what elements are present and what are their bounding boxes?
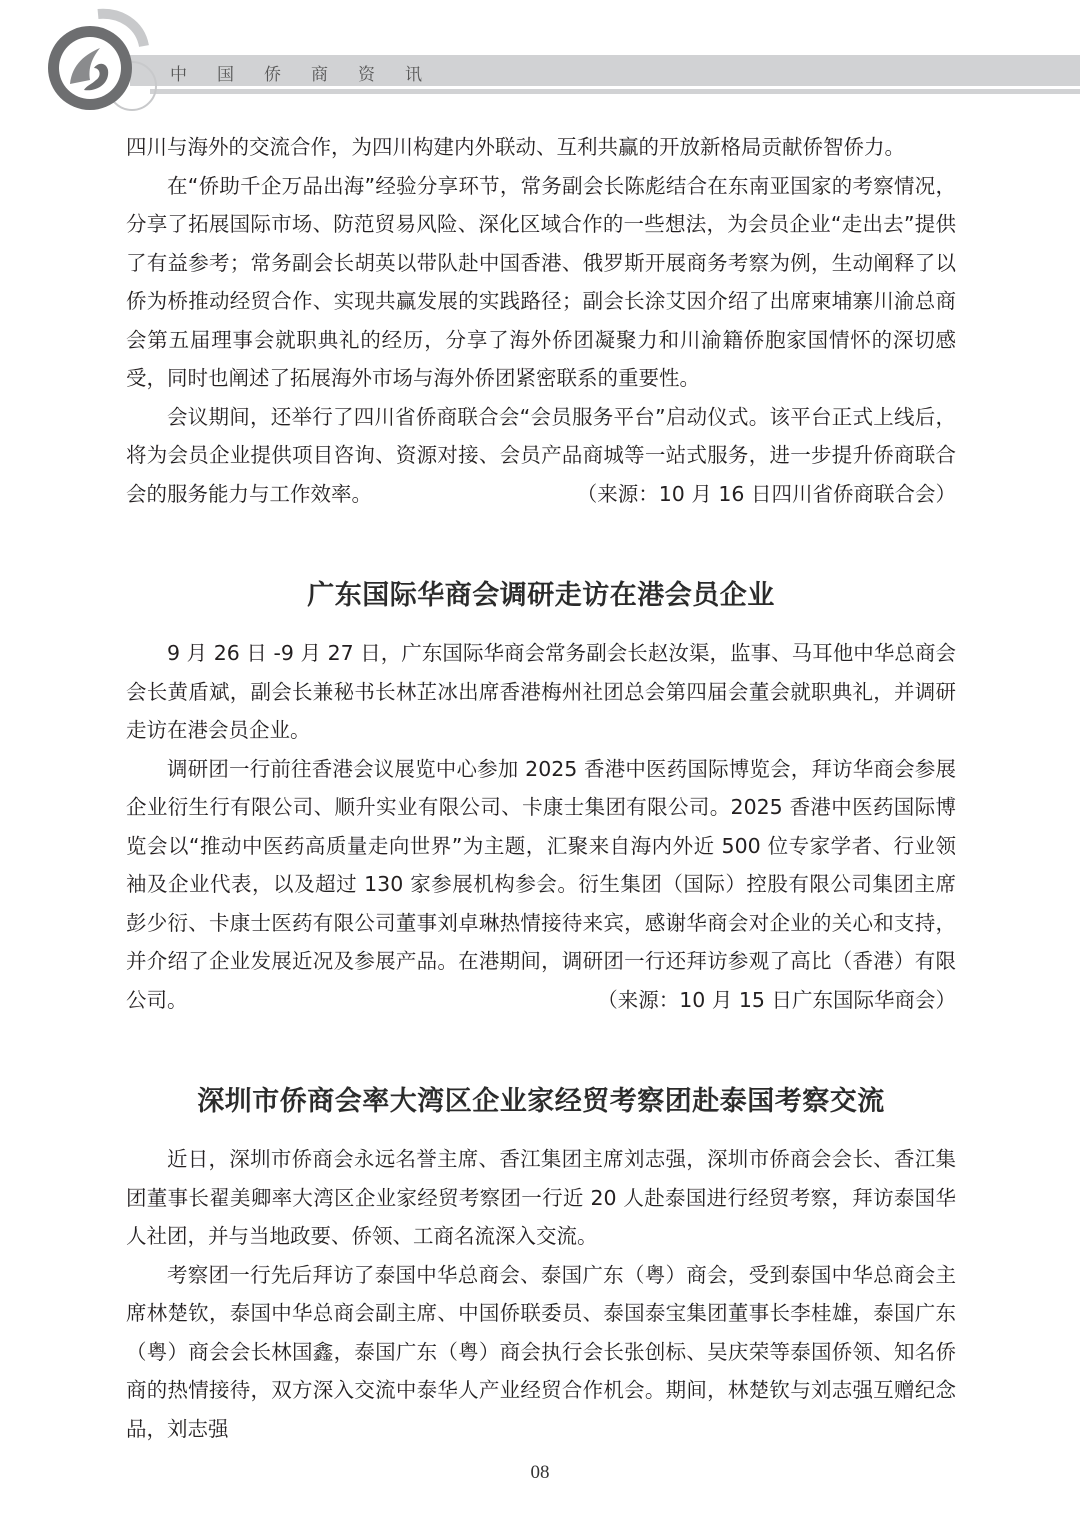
federation-logo-icon <box>40 6 160 116</box>
paragraph: 在“侨助千企万品出海”经验分享环节，常务副会长陈彪结合在东南亚国家的考察情况，分… <box>126 167 956 398</box>
page-content: 四川与海外的交流合作，为四川构建内外联动、互利共赢的开放新格局贡献侨智侨力。 在… <box>126 128 956 1448</box>
page-number: 08 <box>0 1462 1080 1484</box>
header-title: 中国侨商资讯 <box>170 60 452 85</box>
article-sichuan-continued: 四川与海外的交流合作，为四川构建内外联动、互利共赢的开放新格局贡献侨智侨力。 在… <box>126 128 956 513</box>
paragraph: 9 月 26 日 -9 月 27 日，广东国际华商会常务副会长赵汝渠，监事、马耳… <box>126 634 956 750</box>
header-rule <box>150 89 1080 94</box>
paragraph: 近日，深圳市侨商会永远名誉主席、香江集团主席刘志强，深圳市侨商会会长、香江集团董… <box>126 1140 956 1256</box>
paragraph: 考察团一行先后拜访了泰国中华总商会、泰国广东（粤）商会，受到泰国中华总商会主席林… <box>126 1256 956 1449</box>
paragraph-text: 调研团一行前往香港会议展览中心参加 2025 香港中医药国际博览会，拜访华商会参… <box>126 757 956 1012</box>
source-note: （来源：10 月 16 日四川省侨商联合会） <box>536 475 956 514</box>
article-guangdong: 广东国际华商会调研走访在港会员企业 9 月 26 日 -9 月 27 日，广东国… <box>126 573 956 1019</box>
source-note: （来源：10 月 15 日广东国际华商会） <box>556 981 956 1020</box>
article-shenzhen: 深圳市侨商会率大湾区企业家经贸考察团赴泰国考察交流 近日，深圳市侨商会永远名誉主… <box>126 1079 956 1448</box>
paragraph: 调研团一行前往香港会议展览中心参加 2025 香港中医药国际博览会，拜访华商会参… <box>126 750 956 1020</box>
article-title: 广东国际华商会调研走访在港会员企业 <box>126 573 956 612</box>
paragraph: 四川与海外的交流合作，为四川构建内外联动、互利共赢的开放新格局贡献侨智侨力。 <box>126 128 956 167</box>
article-title: 深圳市侨商会率大湾区企业家经贸考察团赴泰国考察交流 <box>126 1079 956 1118</box>
page-header: 中国侨商资讯 <box>0 0 1080 130</box>
paragraph: 会议期间，还举行了四川省侨商联合会“会员服务平台”启动仪式。该平台正式上线后，将… <box>126 398 956 514</box>
